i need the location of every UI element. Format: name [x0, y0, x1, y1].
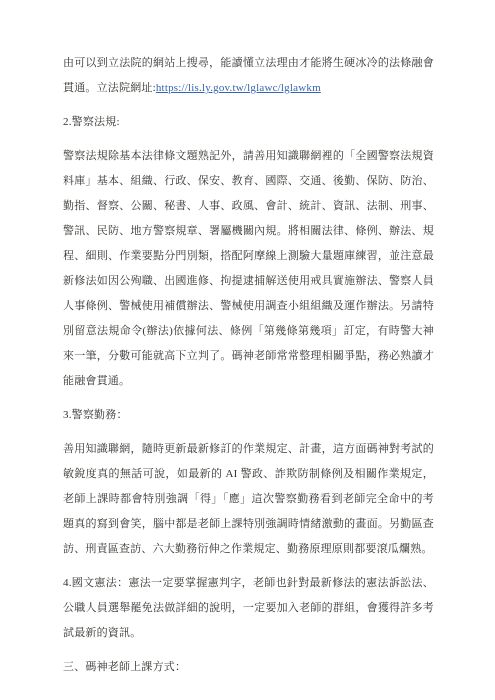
paragraph-police-duties: 善用知識聯網，隨時更新最新修訂的作業規定、計畫，這方面碼神對考試的敏銳度真的無話… — [63, 437, 434, 562]
document-page: 由可以到立法院的網站上搜尋，能讀懂立法理由才能將生硬冰冷的法條融會貫通。立法院網… — [0, 0, 495, 700]
legislature-website-link[interactable]: https://lis.ly.gov.tw/lglawc/lglawkm — [156, 82, 321, 94]
paragraph-chinese-constitution: 4.國文憲法：憲法一定要掌握憲判字，老師也針對最新修法的憲法訴訟法、公職人員選舉… — [63, 571, 434, 646]
paragraph-police-regulations: 警察法規除基本法律條文題熟記外，請善用知識聯網裡的「全國警察法規資料庫」基本、組… — [63, 144, 434, 394]
heading-teaching-style: 三、碼神老師上課方式： — [63, 655, 434, 680]
heading-police-regulations: 2.警察法規: — [63, 110, 434, 135]
heading-police-duties: 3.警察勤務： — [63, 403, 434, 428]
paragraph-intro: 由可以到立法院的網站上搜尋，能讀懂立法理由才能將生硬冰冷的法條融會貫通。立法院網… — [63, 51, 434, 101]
